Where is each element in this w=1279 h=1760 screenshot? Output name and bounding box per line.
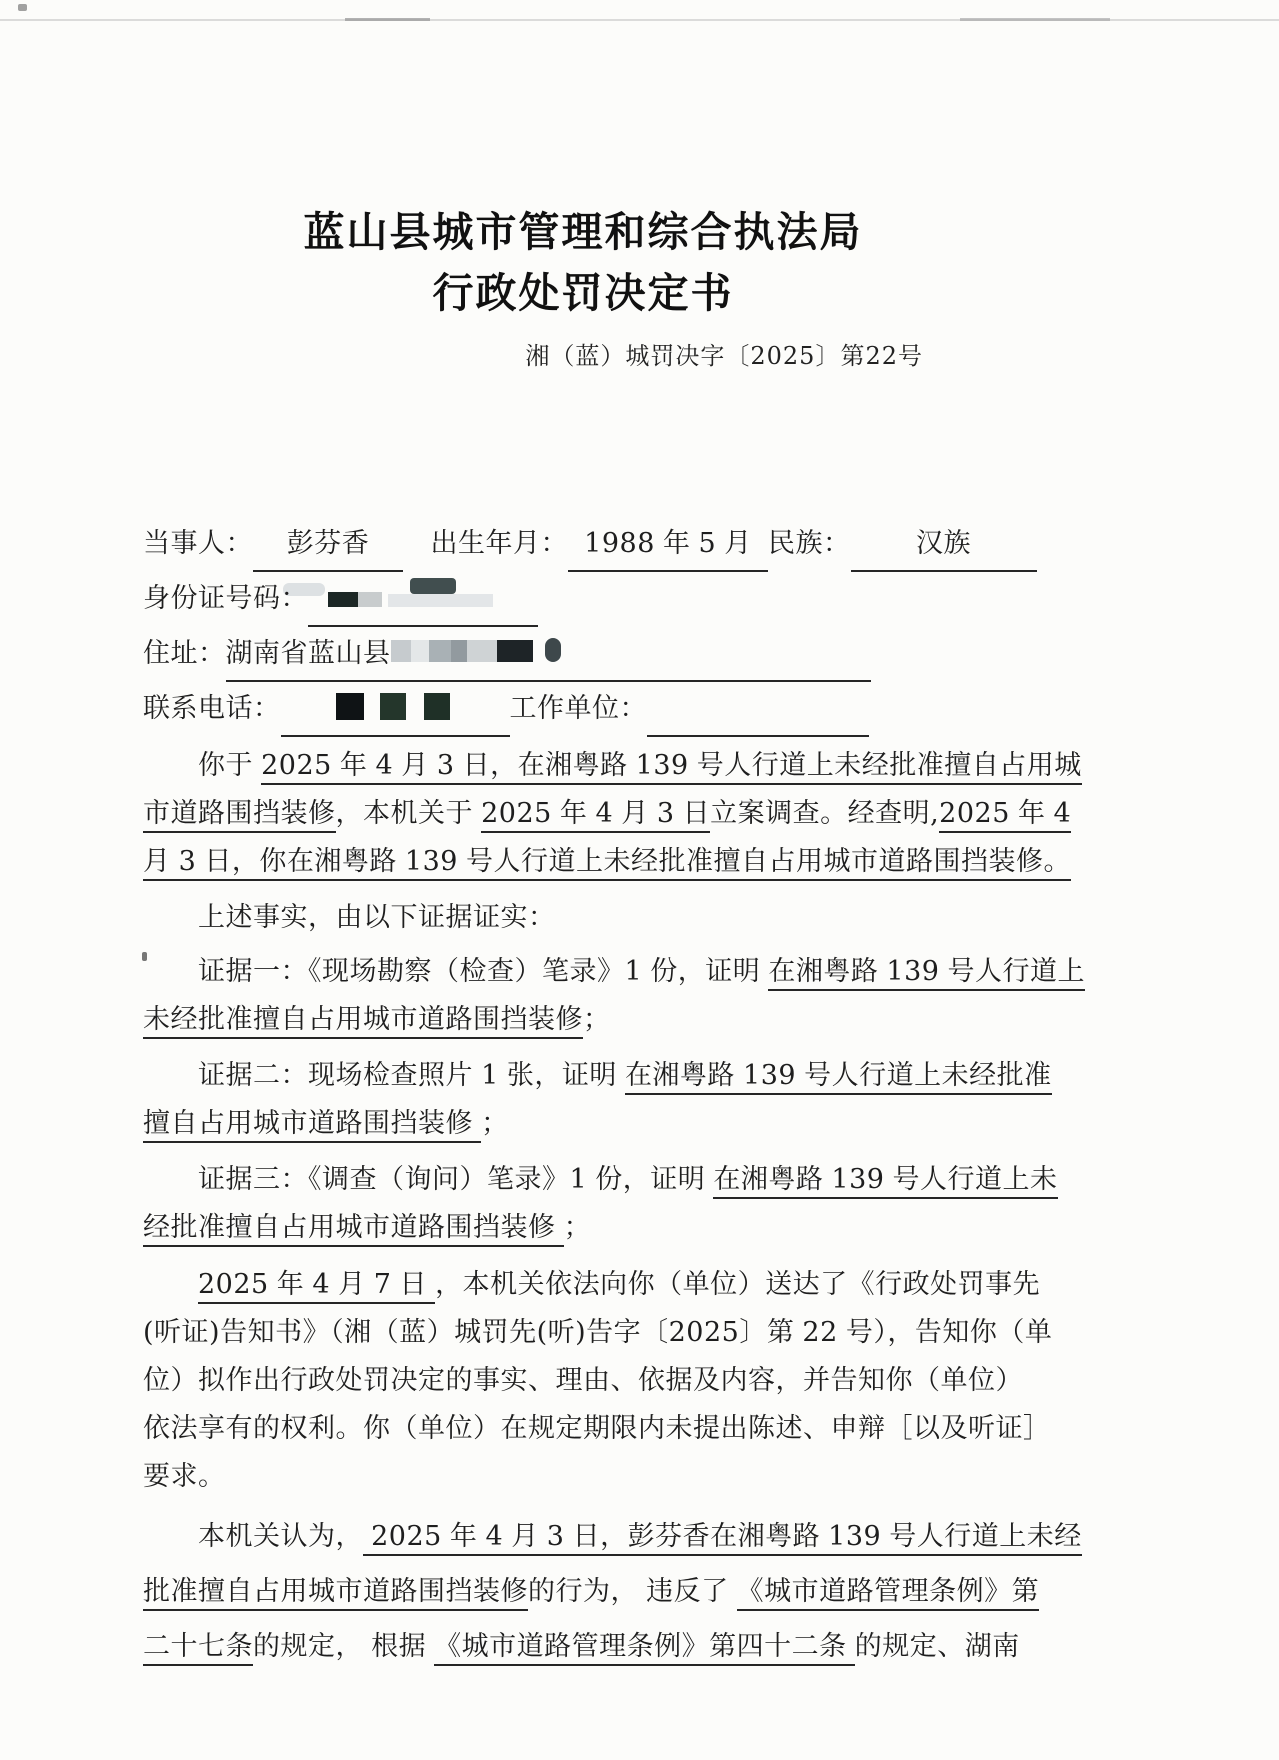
text: 民族： [768,528,851,559]
underlined-field [281,684,510,737]
redaction-block [411,640,429,662]
underlined-text: 2025 年 4 月 7 日 [198,1269,435,1304]
underlined-text: 在湘粤路 139 号人行道上未经批准 [625,1060,1052,1095]
underlined-field [647,684,869,737]
text: 身份证号码： [143,583,308,614]
underlined-text: 经批准擅自占用城市道路围挡装修 [143,1212,564,1247]
document-title-agency: 蓝山县城市管理和综合执法局 [143,212,1023,253]
text: 位）拟作出行政处罚决定的事实、理由、依据及内容，并告知你（单位） [143,1365,1023,1396]
text: 当事人： [143,528,253,559]
underlined-text: 2025 年 4 月 3 日，在湘粤路 139 号人行道上未经批准擅自占用城 [261,750,1082,785]
document-content: 蓝山县城市管理和综合执法局 行政处罚决定书 湘（蓝）城罚决字〔2025〕第22号… [143,0,1023,1677]
underlined-field: 彭芬香 [253,519,403,572]
text-line: 上述事实，由以下证据证实： [143,897,1023,945]
text-line: 本机关认为， 2025 年 4 月 3 日，彭芬香在湘粤路 139 号人行道上未… [143,1512,1023,1567]
text: 的行为， 违反了 [528,1576,737,1607]
underlined-text: 《城市道路管理条例》第 [737,1576,1040,1611]
document-number: 湘（蓝）城罚决字〔2025〕第22号 [143,336,923,371]
text-line: 依法享有的权利。你（单位）在规定期限内未提出陈述、申辩［以及听证］ [143,1408,1023,1456]
text-line: 你于 2025 年 4 月 3 日，在湘粤路 139 号人行道上未经批准擅自占用… [143,745,1023,793]
underlined-text: 未经批准擅自占用城市道路围挡装修 [143,1004,583,1039]
redaction-block [336,693,364,720]
redaction-block [467,640,497,662]
text-line: 联系电话：工作单位： [143,684,1023,739]
redaction-block [451,640,467,662]
underlined-text: 2025 年 4 [939,798,1071,833]
redaction-block [388,594,493,607]
text: ； [564,1212,592,1243]
underlined-text: 《城市道路管理条例》第四十二条 [434,1631,855,1666]
underlined-text: 二十七条 [143,1631,253,1666]
text-line: 证据三：《调查（询问）笔录》1 份，证明 在湘粤路 139 号人行道上未 [143,1159,1023,1207]
scanned-document-page: 蓝山县城市管理和综合执法局 行政处罚决定书 湘（蓝）城罚决字〔2025〕第22号… [0,0,1279,1760]
text: 本机关认为， [198,1521,363,1552]
text: ，本机关依法向你（单位）送达了《行政处罚事先 [435,1269,1040,1300]
text: 联系电话： [143,693,281,724]
text-line: 未经批准擅自占用城市道路围挡装修； [143,999,1023,1047]
underlined-field: 1988 年 5 月 [568,519,768,572]
text-line: 擅自占用城市道路围挡装修 ； [143,1103,1023,1151]
redaction-block [497,640,533,662]
text-line: (听证)告知书》（湘（蓝）城罚先(听)告字〔2025〕第 22 号），告知你（单 [143,1312,1023,1360]
text: 工作单位： [510,693,648,724]
text: 你于 [198,750,261,781]
underlined-text: 月 3 日，你在湘粤路 139 号人行道上未经批准擅自占用城市道路围挡装修。 [143,846,1071,881]
text: 1988 年 5 月 [584,528,752,559]
underlined-text: 市道路围挡装修 [143,798,336,833]
underlined-field: 湖南省蓝山县 [226,629,871,682]
text: 依法享有的权利。你（单位）在规定期限内未提出陈述、申辩［以及听证］ [143,1413,1051,1444]
underlined-text: 2025 年 4 月 3 日，彭芬香在湘粤路 139 号人行道上未经 [363,1521,1082,1556]
text: 汉族 [916,528,971,559]
text-line: 二十七条的规定， 根据 《城市道路管理条例》第四十二条 的规定、湖南 [143,1622,1023,1677]
text: ； [481,1108,509,1139]
text-line: 当事人：彭芬香 出生年月：1988 年 5 月民族：汉族 [143,519,1023,574]
underlined-text: 在湘粤路 139 号人行道上未 [713,1164,1057,1199]
redaction-block [328,592,358,607]
text: 出生年月： [403,528,568,559]
text-line: 住址：湖南省蓝山县 [143,629,1023,684]
text-line: 批准擅自占用城市道路围挡装修的行为， 违反了 《城市道路管理条例》第 [143,1567,1023,1622]
redaction-block [358,592,382,607]
text-line: 市道路围挡装修，本机关于 2025 年 4 月 3 日立案调查。经查明,2025… [143,793,1023,841]
text-line: 位）拟作出行政处罚决定的事实、理由、依据及内容，并告知你（单位） [143,1360,1023,1408]
underlined-text: 批准擅自占用城市道路围挡装修 [143,1576,528,1611]
text: 的规定、湖南 [855,1631,1020,1662]
document-title-type: 行政处罚决定书 [143,273,1023,314]
text-line: 身份证号码： [143,574,1023,629]
text: ，本机关于 [336,798,482,829]
text: ； [583,1004,611,1035]
text-line: 要求。 [143,1456,1023,1504]
text: 立案调查。经查明, [710,798,939,829]
text: 证据三：《调查（询问）笔录》1 份，证明 [198,1164,713,1195]
redaction-block [391,640,411,662]
text: 上述事实，由以下证据证实： [198,902,556,933]
redaction-block [380,693,406,720]
redaction-block [429,640,451,662]
underlined-text: 2025 年 4 月 3 日 [481,798,710,833]
document-body: 当事人：彭芬香 出生年月：1988 年 5 月民族：汉族身份证号码：住址：湖南省… [143,519,1023,1677]
underlined-field: 汉族 [851,519,1037,572]
text: 证据二：现场检查照片 1 张，证明 [198,1060,625,1091]
underlined-text: 擅自占用城市道路围挡装修 [143,1108,481,1143]
underlined-field [308,574,538,627]
redaction-block [545,638,561,662]
text: 证据一：《现场勘察（检查）笔录》1 份，证明 [198,956,768,987]
text-line: 月 3 日，你在湘粤路 139 号人行道上未经批准擅自占用城市道路围挡装修。 [143,841,1023,889]
text: (听证)告知书》（湘（蓝）城罚先(听)告字〔2025〕第 22 号），告知你（单 [143,1317,1052,1348]
text: 彭芬香 [287,528,370,559]
underlined-text: 在湘粤路 139 号人行道上 [768,956,1085,991]
text: 要求。 [143,1461,226,1492]
redaction-block [424,693,450,720]
text-line: 证据一：《现场勘察（检查）笔录》1 份，证明 在湘粤路 139 号人行道上 [143,951,1023,999]
scan-speck-top-left [18,4,27,11]
text: 住址： [143,638,226,669]
text-line: 2025 年 4 月 7 日 ，本机关依法向你（单位）送达了《行政处罚事先 [143,1264,1023,1312]
text: 的规定， 根据 [253,1631,434,1662]
text-line: 证据二：现场检查照片 1 张，证明 在湘粤路 139 号人行道上未经批准 [143,1055,1023,1103]
text: 湖南省蓝山县 [226,638,391,669]
text-line: 经批准擅自占用城市道路围挡装修 ； [143,1207,1023,1255]
